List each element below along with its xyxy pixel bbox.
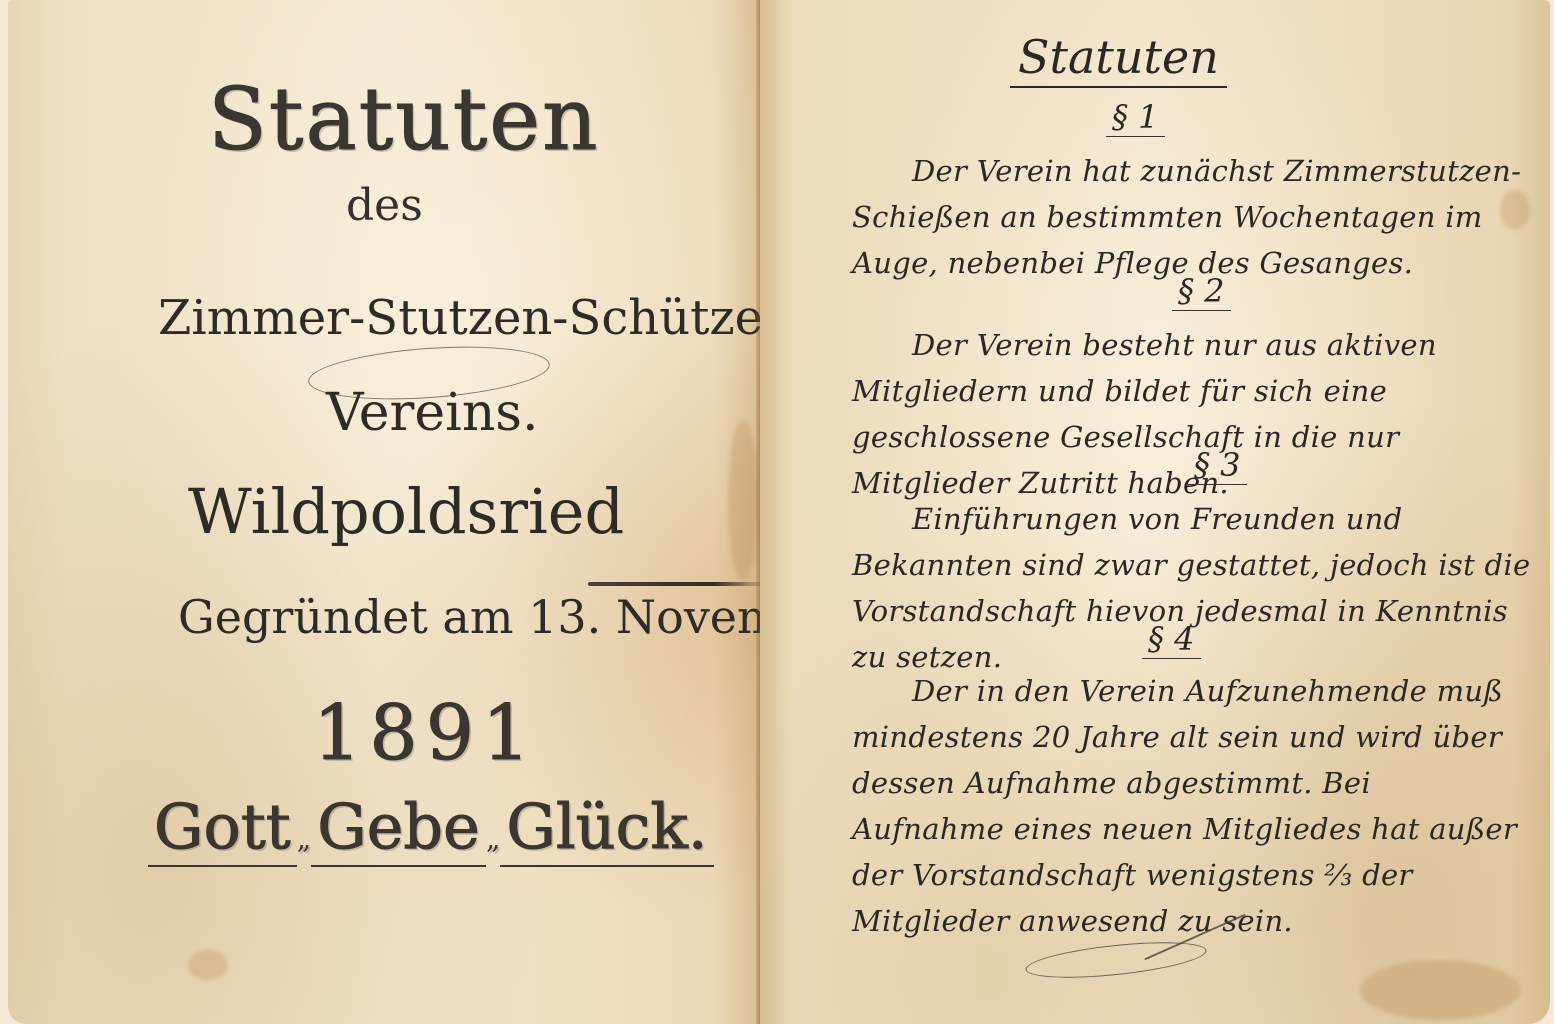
- paragraph-text: Der in den Verein Aufzunehmende muß mind…: [852, 668, 1532, 944]
- motto-word: Glück.: [500, 790, 713, 867]
- swash-ornament: [588, 582, 760, 586]
- motto: Gott „ Gebe „ Glück.: [148, 790, 708, 867]
- scanned-document-spread: Statuten des Zimmer-Stutzen-Schützen Ver…: [0, 0, 1554, 1024]
- statutes-heading: Statuten: [1010, 30, 1227, 88]
- motto-word: Gott: [148, 790, 297, 867]
- founded-year: 1891: [313, 688, 538, 777]
- paragraph-text: Der Verein hat zunächst Zimmerstutzen-Sc…: [852, 148, 1532, 286]
- title-des: des: [346, 180, 423, 231]
- paper-stain: [728, 420, 758, 580]
- motto-separator: „: [486, 822, 501, 855]
- paragraph-number: § 3: [1188, 446, 1247, 485]
- paragraph-number: § 4: [1142, 620, 1201, 659]
- paragraph-number: § 2: [1172, 272, 1231, 311]
- place-name: Wildpoldsried: [188, 475, 624, 548]
- statutes-page: Statuten § 1 Der Verein hat zunächst Zim…: [760, 0, 1550, 1024]
- club-name: Zimmer-Stutzen-Schützen: [158, 290, 760, 346]
- motto-separator: „: [297, 822, 312, 855]
- vereins-label: Vereins.: [326, 383, 539, 443]
- title-statuten: Statuten: [208, 70, 600, 170]
- paragraph-number: § 1: [1106, 98, 1165, 137]
- paper-stain: [1360, 960, 1520, 1020]
- title-page: Statuten des Zimmer-Stutzen-Schützen Ver…: [8, 0, 760, 1024]
- paper-stain: [188, 950, 228, 980]
- motto-word: Gebe: [311, 790, 486, 867]
- founded-date: Gegründet am 13. November: [178, 590, 760, 644]
